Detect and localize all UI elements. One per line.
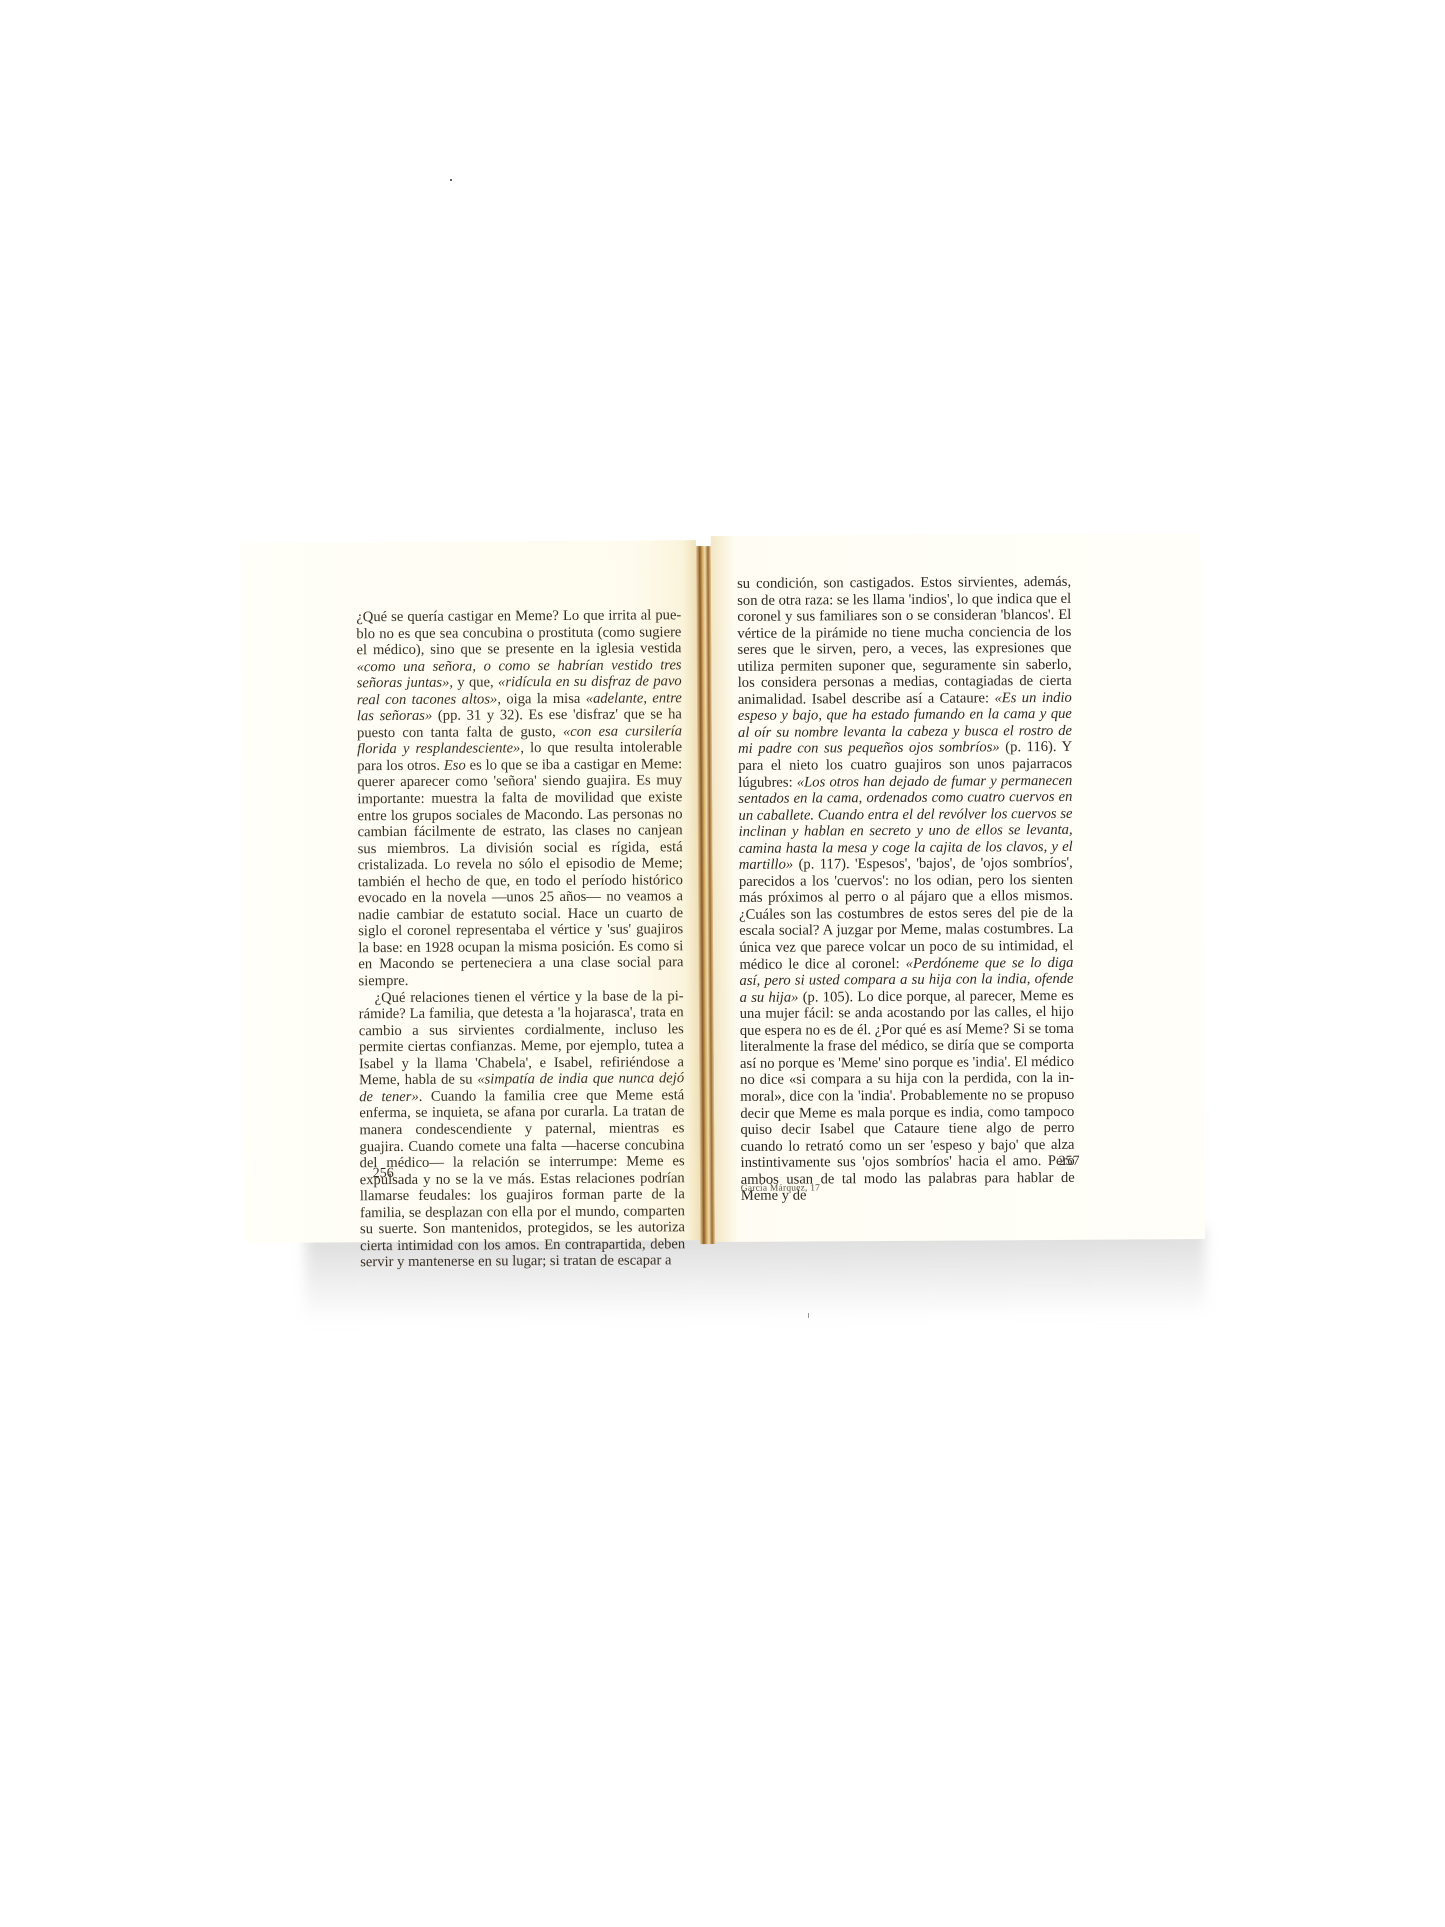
open-book: ¿Qué se quería castigar en Meme? Lo que … (241, 537, 1205, 1255)
right-page-text: su condición, son castigados. Estos sirv… (737, 574, 1075, 1205)
body-text: , y que, (449, 675, 498, 691)
body-text: es lo que se iba a castigar en Meme: que… (357, 756, 683, 989)
paper-mark (808, 1313, 809, 1318)
quotation-text: Eso (444, 757, 466, 773)
paragraph: ¿Qué se quería castigar en Meme? Lo que … (356, 607, 683, 990)
body-text: . Cuan­do la familia cree que Meme está … (359, 1087, 685, 1270)
paragraph: ¿Qué relaciones tienen el vértice y la b… (359, 988, 686, 1271)
left-page: ¿Qué se quería castigar en Meme? Lo que … (241, 540, 700, 1243)
body-text: su condición, son castigados. Estos sirv… (737, 574, 1072, 708)
right-page-number: 257 (1059, 1154, 1080, 1170)
body-text: , oiga la misa (497, 691, 586, 708)
left-page-number: 256 (373, 1166, 394, 1182)
signature-mark: García Márquez, 17 (741, 1183, 820, 1193)
paragraph: su condición, son castigados. Estos sirv… (737, 574, 1075, 1205)
body-text: (p. 105). Lo dice porque, al parecer, Me… (740, 988, 1075, 1205)
left-page-text: ¿Qué se quería castigar en Meme? Lo que … (356, 607, 685, 1271)
right-page: su condición, son castigados. Estos sirv… (711, 533, 1205, 1242)
body-text: ¿Qué se quería castigar en Meme? Lo que … (356, 607, 681, 658)
dust-speck (450, 179, 452, 181)
